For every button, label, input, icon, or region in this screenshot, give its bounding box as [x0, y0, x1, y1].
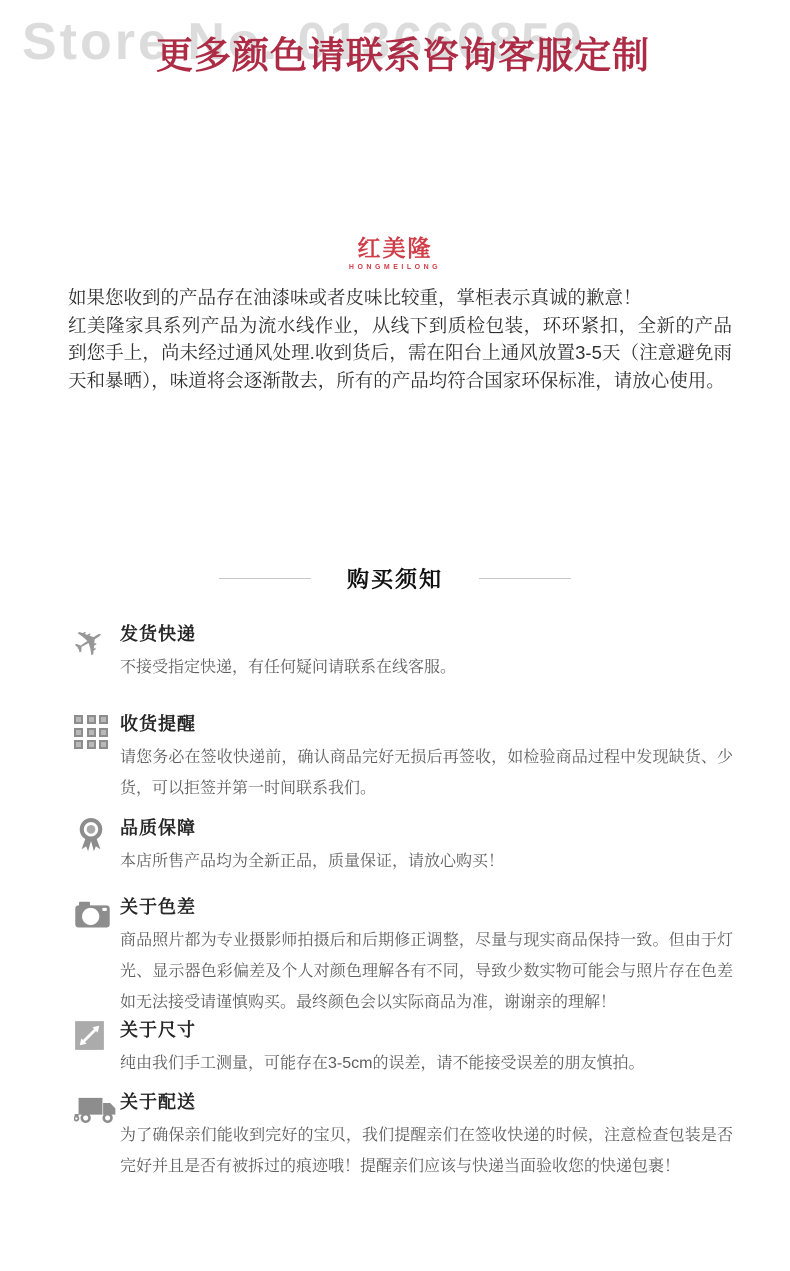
- header-right-rule: [479, 578, 571, 579]
- brand-logo: 红美隆 HONGMEILONG: [0, 230, 790, 271]
- camera-icon: [74, 895, 120, 937]
- item-body: 商品照片都为专业摄影师拍摄后和后期修正调整，尽量与现实商品保持一致。但由于灯光、…: [120, 925, 733, 1018]
- smell-notice-body: 红美隆家具系列产品为流水线作业，从线下到质检包装，环环紧扣，全新的产品到您手上，…: [68, 312, 732, 395]
- list-item: 关于色差 商品照片都为专业摄影师拍摄后和后期修正调整，尽量与现实商品保持一致。但…: [74, 895, 734, 1018]
- brand-logo-subtitle: HONGMEILONG: [0, 264, 790, 271]
- product-description-page: Store No. 013660859 更多颜色请联系咨询客服定制 红美隆 HO…: [0, 0, 790, 1271]
- plane-icon: ✈: [74, 622, 120, 664]
- header-left-rule: [219, 578, 311, 579]
- purchase-notes-title: 购买须知: [347, 563, 443, 594]
- smell-notice-paragraph: 如果您收到的产品存在油漆味或者皮味比较重，掌柜表示真诚的歉意！ 红美隆家具系列产…: [68, 284, 732, 394]
- brand-logo-name: 红美隆: [0, 230, 790, 263]
- item-title: 发货快递: [120, 622, 734, 646]
- item-title: 关于尺寸: [120, 1018, 734, 1042]
- ruler-icon: [74, 1018, 120, 1060]
- list-item: 品质保障 本店所售产品均为全新正品，质量保证，请放心购买！: [74, 816, 734, 877]
- item-body: 不接受指定快递，有任何疑问请联系在线客服。: [120, 652, 733, 683]
- purchase-notes-header: 购买须知: [0, 563, 790, 594]
- item-body: 本店所售产品均为全新正品，质量保证，请放心购买！: [120, 846, 733, 877]
- purchase-notes-list: ✈ 发货快递 不接受指定快递，有任何疑问请联系在线客服。 收货提醒 请您务必在签…: [74, 622, 734, 1182]
- item-body: 请您务必在签收快递前，确认商品完好无损后再签收，如检验商品过程中发现缺货、少货，…: [120, 742, 733, 804]
- custom-color-banner: 更多颜色请联系咨询客服定制: [0, 25, 790, 79]
- list-item: 关于配送 为了确保亲们能收到完好的宝贝，我们提醒亲们在签收快递的时候，注意检查包…: [74, 1090, 734, 1182]
- item-body: 为了确保亲们能收到完好的宝贝，我们提醒亲们在签收快递的时候，注意检查包装是否完好…: [120, 1120, 733, 1182]
- list-item: 关于尺寸 纯由我们手工测量，可能存在3-5cm的误差，请不能接受误差的朋友慎拍。: [74, 1018, 734, 1079]
- smell-notice-line1: 如果您收到的产品存在油漆味或者皮味比较重，掌柜表示真诚的歉意！: [68, 284, 732, 312]
- truck-icon: [74, 1090, 120, 1132]
- item-title: 关于色差: [120, 895, 734, 919]
- medal-icon: [74, 816, 120, 858]
- grid-icon: [74, 712, 120, 754]
- item-title: 关于配送: [120, 1090, 734, 1114]
- item-body: 纯由我们手工测量，可能存在3-5cm的误差，请不能接受误差的朋友慎拍。: [120, 1048, 733, 1079]
- list-item: 收货提醒 请您务必在签收快递前，确认商品完好无损后再签收，如检验商品过程中发现缺…: [74, 712, 734, 804]
- item-title: 品质保障: [120, 816, 734, 840]
- item-title: 收货提醒: [120, 712, 734, 736]
- list-item: ✈ 发货快递 不接受指定快递，有任何疑问请联系在线客服。: [74, 622, 734, 683]
